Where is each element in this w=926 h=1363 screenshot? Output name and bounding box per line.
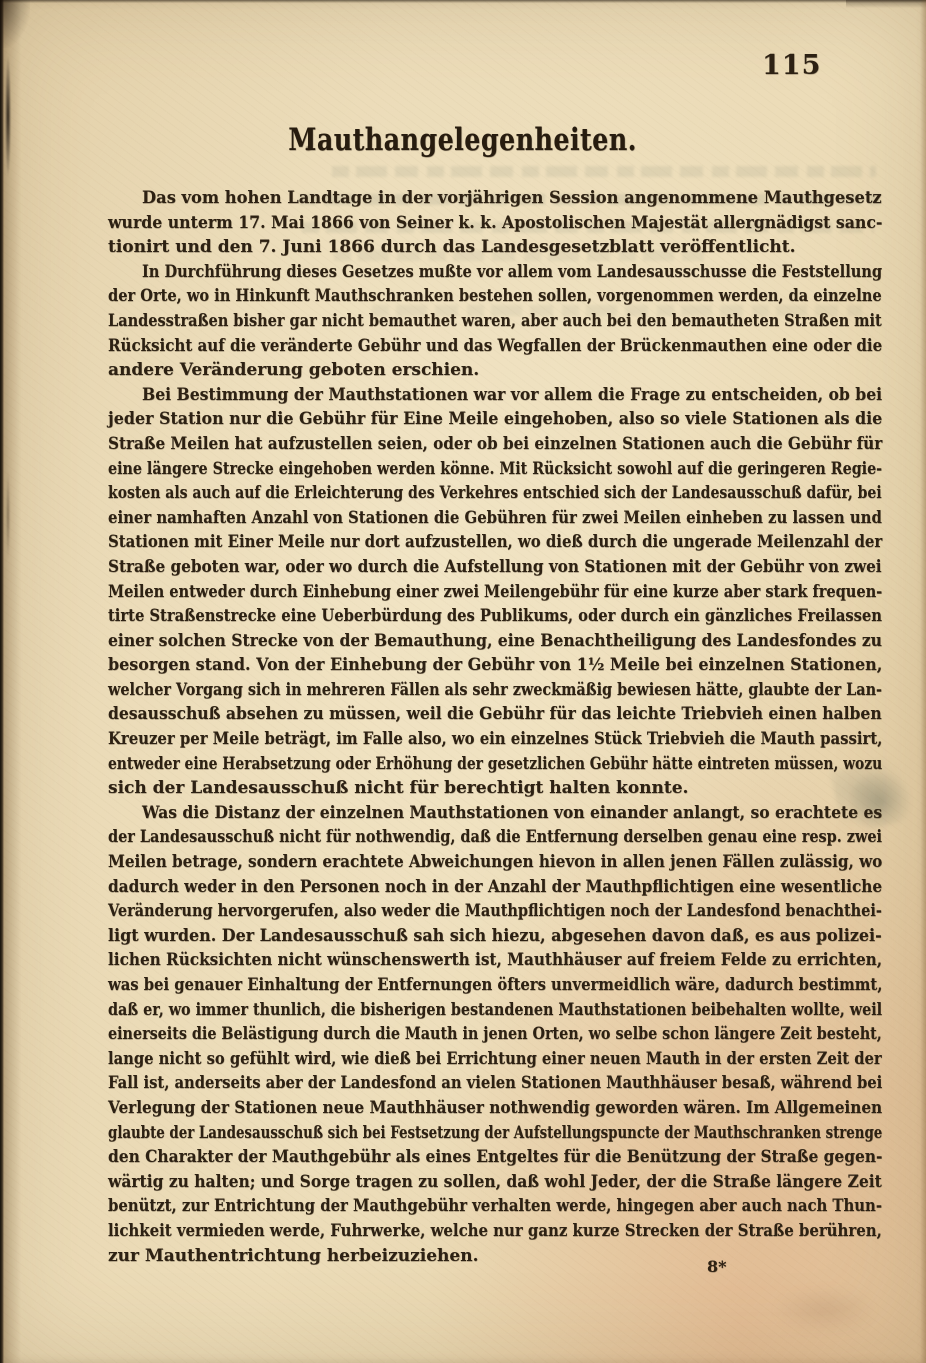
scan-edge-right — [920, 0, 926, 1363]
text-line-content: wärtig zu halten; und Sorge tragen zu so… — [108, 1170, 882, 1195]
binding-crease — [5, 56, 11, 176]
text-line: Rücksicht auf die veränderte Gebühr und … — [108, 334, 882, 359]
text-line-content: Straße geboten war, oder wo durch die Au… — [108, 555, 882, 580]
text-line: Straße Meilen hat aufzustellen seien, od… — [108, 432, 882, 457]
text-line: der Landesausschuß nicht für nothwendig,… — [108, 825, 882, 850]
text-line-content: einer namhaften Anzahl von Stationen die… — [108, 506, 882, 531]
text-line: wärtig zu halten; und Sorge tragen zu so… — [108, 1170, 882, 1195]
text-line-content: der Orte, wo in Hinkunft Mauthschranken … — [108, 284, 882, 309]
text-line-content: Das vom hohen Landtage in der vorjährige… — [142, 186, 882, 211]
text-line: Verlegung der Stationen neue Mauthhäuser… — [108, 1096, 882, 1121]
text-line: Meilen entweder durch Einhebung einer zw… — [108, 580, 882, 605]
text-line: Meilen betrage, sondern erachtete Abweic… — [108, 850, 882, 875]
text-line-content: einer solchen Strecke von der Bemauthung… — [108, 629, 882, 654]
text-line-content: kosten als auch auf die Erleichterung de… — [108, 481, 882, 506]
text-line-content: was bei genauer Einhaltung der Entfernun… — [108, 973, 882, 998]
text-line: andere Veränderung geboten erschien. — [108, 358, 882, 383]
text-line: lichen Rücksichten nicht wünschenswerth … — [108, 948, 882, 973]
text-line-content: zur Mauthentrichtung herbeizuziehen. — [108, 1244, 479, 1269]
scan-corner-top-right — [846, 0, 926, 8]
text-line: Fall ist, anderseits aber der Landesfond… — [108, 1071, 882, 1096]
text-line-content: der Landesausschuß nicht für nothwendig,… — [108, 825, 882, 850]
text-line: tirte Straßenstrecke eine Ueberbürdung d… — [108, 604, 882, 629]
text-line: Stationen mit Einer Meile nur dort aufzu… — [108, 530, 882, 555]
text-line: Straße geboten war, oder wo durch die Au… — [108, 555, 882, 580]
text-line-content: Stationen mit Einer Meile nur dort aufzu… — [108, 530, 882, 555]
text-line: Das vom hohen Landtage in der vorjährige… — [108, 186, 882, 211]
signature-mark: 8* — [707, 1257, 727, 1276]
text-line-content: Fall ist, anderseits aber der Landesfond… — [108, 1071, 882, 1096]
text-line-content: eine längere Strecke eingehoben werden k… — [108, 457, 882, 482]
text-line-content: Meilen betrage, sondern erachtete Abweic… — [108, 850, 882, 875]
text-line-content: lichkeit vermieden werde, Fuhrwerke, wel… — [108, 1219, 882, 1244]
text-line-content: jeder Station nur die Gebühr für Eine Me… — [108, 407, 882, 432]
scan-corner-top-left — [0, 0, 30, 48]
text-line-content: Was die Distanz der einzelnen Mauthstati… — [142, 801, 882, 826]
text-line-content: Meilen entweder durch Einhebung einer zw… — [108, 580, 882, 605]
text-line-content: ligt wurden. Der Landesausschuß sah sich… — [108, 924, 882, 949]
bleedthrough-ghost-text — [332, 166, 876, 177]
text-line-content: Veränderung hervorgerufen, also weder di… — [108, 899, 882, 924]
text-line: eine längere Strecke eingehoben werden k… — [108, 457, 882, 482]
text-line-content: Rücksicht auf die veränderte Gebühr und … — [108, 334, 882, 359]
text-line-content: einerseits die Belästigung durch die Mau… — [108, 1022, 882, 1047]
text-line: einer namhaften Anzahl von Stationen die… — [108, 506, 882, 531]
text-line: lange nicht so gefühlt wird, wie dieß be… — [108, 1047, 882, 1072]
text-line-content: daß er, wo immer thunlich, die bisherige… — [108, 998, 882, 1023]
text-line-content: dadurch weder in den Personen noch in de… — [108, 875, 882, 900]
text-line-content: Bei Bestimmung der Mauthstationen war vo… — [142, 383, 882, 408]
text-line-content: Verlegung der Stationen neue Mauthhäuser… — [108, 1096, 882, 1121]
text-line-content: wurde unterm 17. Mai 1866 von Seiner k. … — [108, 211, 882, 236]
text-line-content: andere Veränderung geboten erschien. — [108, 358, 479, 383]
text-line-content: tirte Straßenstrecke eine Ueberbürdung d… — [108, 604, 882, 629]
text-line: wurde unterm 17. Mai 1866 von Seiner k. … — [108, 211, 882, 236]
page-shadow-smudge — [770, 1285, 880, 1335]
text-line-content: tionirt und den 7. Juni 1866 durch das L… — [108, 235, 796, 260]
scanned-book-page: 115 Mauthangelegenheiten. Das vom hohen … — [0, 0, 926, 1363]
text-line: Kreuzer per Meile beträgt, im Falle also… — [108, 727, 882, 752]
text-line: einer solchen Strecke von der Bemauthung… — [108, 629, 882, 654]
text-line-content: Landesstraßen bisher gar nicht bemauthet… — [108, 309, 882, 334]
scan-edge-top — [0, 0, 926, 3]
text-line: den Charakter der Mauthgebühr als eines … — [108, 1145, 882, 1170]
page-title: Mauthangelegenheiten. — [289, 122, 638, 158]
text-line-content: lange nicht so gefühlt wird, wie dieß be… — [108, 1047, 882, 1072]
text-line: desausschuß absehen zu müssen, weil die … — [108, 702, 882, 727]
text-line: einerseits die Belästigung durch die Mau… — [108, 1022, 882, 1047]
text-line: Was die Distanz der einzelnen Mauthstati… — [108, 801, 882, 826]
body-text: Das vom hohen Landtage in der vorjährige… — [108, 186, 882, 1268]
text-line-content: lichen Rücksichten nicht wünschenswerth … — [108, 948, 882, 973]
text-line: glaubte der Landesausschuß sich bei Fest… — [108, 1121, 882, 1146]
text-line: entweder eine Herabsetzung oder Erhöhung… — [108, 752, 882, 777]
text-line: welcher Vorgang sich in mehreren Fällen … — [108, 678, 882, 703]
text-line: benützt, zur Entrichtung der Mauthgebühr… — [108, 1194, 882, 1219]
text-line-content: glaubte der Landesausschuß sich bei Fest… — [108, 1121, 882, 1146]
text-line-content: sich der Landesausschuß nicht für berech… — [108, 776, 688, 801]
scan-edge-left-shadow — [3, 0, 21, 1363]
text-line: tionirt und den 7. Juni 1866 durch das L… — [108, 235, 882, 260]
text-line: Veränderung hervorgerufen, also weder di… — [108, 899, 882, 924]
text-line: was bei genauer Einhaltung der Entfernun… — [108, 973, 882, 998]
text-line: ligt wurden. Der Landesausschuß sah sich… — [108, 924, 882, 949]
text-line: dadurch weder in den Personen noch in de… — [108, 875, 882, 900]
text-line-content: desausschuß absehen zu müssen, weil die … — [108, 702, 882, 727]
text-line-content: benützt, zur Entrichtung der Mauthgebühr… — [108, 1194, 882, 1219]
text-line: Bei Bestimmung der Mauthstationen war vo… — [108, 383, 882, 408]
page-number: 115 — [762, 50, 821, 81]
text-line: zur Mauthentrichtung herbeizuziehen. — [108, 1244, 882, 1269]
text-line-content: Straße Meilen hat aufzustellen seien, od… — [108, 432, 882, 457]
text-line-content: den Charakter der Mauthgebühr als eines … — [108, 1145, 882, 1170]
text-line: daß er, wo immer thunlich, die bisherige… — [108, 998, 882, 1023]
text-line-content: welcher Vorgang sich in mehreren Fällen … — [108, 678, 882, 703]
heading-row: Mauthangelegenheiten. — [0, 122, 926, 158]
text-line: jeder Station nur die Gebühr für Eine Me… — [108, 407, 882, 432]
binding-crease — [6, 470, 10, 560]
text-line: lichkeit vermieden werde, Fuhrwerke, wel… — [108, 1219, 882, 1244]
text-line-content: In Durchführung dieses Gesetzes mußte vo… — [142, 260, 882, 285]
text-line: der Orte, wo in Hinkunft Mauthschranken … — [108, 284, 882, 309]
text-line-content: entweder eine Herabsetzung oder Erhöhung… — [108, 752, 882, 777]
text-line-content: besorgen stand. Von der Einhebung der Ge… — [108, 653, 882, 678]
text-line: sich der Landesausschuß nicht für berech… — [108, 776, 882, 801]
text-line: kosten als auch auf die Erleichterung de… — [108, 481, 882, 506]
text-line: Landesstraßen bisher gar nicht bemauthet… — [108, 309, 882, 334]
text-line: besorgen stand. Von der Einhebung der Ge… — [108, 653, 882, 678]
text-line-content: Kreuzer per Meile beträgt, im Falle also… — [108, 727, 882, 752]
text-line: In Durchführung dieses Gesetzes mußte vo… — [108, 260, 882, 285]
